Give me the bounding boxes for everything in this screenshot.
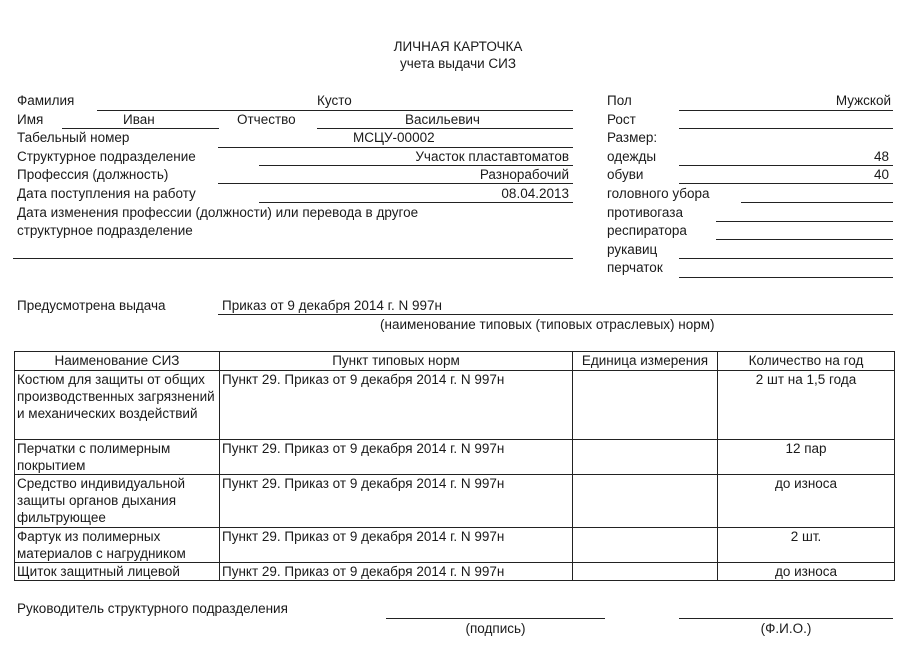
hire-date-value[interactable]: 08.04.2013 (260, 185, 569, 202)
cell-unit (573, 528, 718, 563)
headwear-size-underline (741, 202, 893, 203)
table-row: Щиток защитный лицевой Пункт 29. Приказ … (15, 563, 895, 581)
cell-qty: 2 шт на 1,5 года (718, 371, 895, 440)
profession-underline (218, 183, 573, 184)
fio-caption: (Ф.И.О.) (679, 620, 893, 637)
department-label: Структурное подразделение (17, 148, 196, 165)
sex-underline (679, 110, 893, 111)
gasmask-size-label: противогаза (607, 204, 683, 221)
column-header-norm: Пункт типовых норм (220, 352, 573, 371)
height-label: Рост (607, 111, 636, 128)
card-subtitle: учета выдачи СИЗ (0, 55, 916, 72)
height-underline (679, 128, 893, 129)
change-label-line2: структурное подразделение (17, 222, 193, 239)
signature-caption: (подпись) (386, 620, 605, 637)
cell-norm: Пункт 29. Приказ от 9 декабря 2014 г. N … (220, 475, 573, 528)
table-row: Перчатки с полимерным покрытием Пункт 29… (15, 440, 895, 475)
sex-value[interactable]: Мужской (680, 92, 891, 109)
sex-label: Пол (607, 92, 632, 109)
cell-name: Перчатки с полимерным покрытием (15, 440, 220, 475)
table-row: Средство индивидуальной защиты органов д… (15, 475, 895, 528)
size-label: Размер: (607, 129, 657, 146)
cell-unit (573, 475, 718, 528)
cell-qty: до износа (718, 475, 895, 528)
respirator-size-label: респиратора (607, 222, 687, 239)
cell-unit (573, 371, 718, 440)
department-value[interactable]: Участок пластавтоматов (260, 148, 569, 165)
surname-label: Фамилия (17, 92, 74, 109)
provision-value[interactable]: Приказ от 9 декабря 2014 г. N 997н (222, 297, 442, 314)
provision-caption: (наименование типовых (типовых отраслевы… (380, 316, 715, 333)
personnel-no-value[interactable]: МСЦУ-00002 (353, 129, 435, 146)
surname-value[interactable]: Кусто (317, 92, 352, 109)
clothing-size-value[interactable]: 48 (680, 148, 889, 165)
hire-date-label: Дата поступления на работу (17, 185, 196, 202)
name-label: Имя (17, 111, 43, 128)
table-header-row: Наименование СИЗ Пункт типовых норм Един… (15, 352, 895, 371)
card-title: ЛИЧНАЯ КАРТОЧКА (0, 38, 916, 55)
column-header-unit: Единица измерения (573, 352, 718, 371)
table-row: Фартук из полимерных материалов с нагруд… (15, 528, 895, 563)
hire-date-underline (259, 202, 573, 203)
table-row: Костюм для защиты от общих производствен… (15, 371, 895, 440)
headwear-size-label: головного убора (607, 185, 710, 202)
cell-qty: до износа (718, 563, 895, 581)
cell-name: Фартук из полимерных материалов с нагруд… (15, 528, 220, 563)
cell-norm: Пункт 29. Приказ от 9 декабря 2014 г. N … (220, 528, 573, 563)
profession-label: Профессия (должность) (17, 166, 168, 183)
gloves-size-label: перчаток (607, 259, 663, 276)
patronymic-label: Отчество (237, 111, 296, 128)
cell-name: Средство индивидуальной защиты органов д… (15, 475, 220, 528)
mittens-size-label: рукавиц (607, 241, 657, 258)
column-header-name: Наименование СИЗ (15, 352, 220, 371)
shoe-size-label: обуви (607, 166, 643, 183)
cell-norm: Пункт 29. Приказ от 9 декабря 2014 г. N … (220, 371, 573, 440)
cell-unit (573, 563, 718, 581)
cell-qty: 12 пар (718, 440, 895, 475)
cell-unit (573, 440, 718, 475)
signature-line[interactable] (386, 618, 605, 619)
ppe-table: Наименование СИЗ Пункт типовых норм Един… (14, 351, 895, 581)
profession-value[interactable]: Разнорабочий (220, 166, 569, 183)
name-value[interactable]: Иван (123, 111, 155, 128)
change-label-line1: Дата изменения профессии (должности) или… (17, 204, 418, 221)
department-head-label: Руководитель структурного подразделения (17, 600, 288, 617)
mittens-size-underline (679, 258, 893, 259)
gasmask-size-underline (716, 221, 893, 222)
shoe-size-underline (679, 183, 893, 184)
cell-name: Щиток защитный лицевой (15, 563, 220, 581)
gloves-size-underline (679, 277, 893, 278)
patronymic-value[interactable]: Васильевич (405, 111, 480, 128)
cell-norm: Пункт 29. Приказ от 9 декабря 2014 г. N … (220, 440, 573, 475)
column-header-qty: Количество на год (718, 352, 895, 371)
provision-label: Предусмотрена выдача (17, 297, 166, 314)
personnel-no-label: Табельный номер (17, 129, 129, 146)
provision-underline (218, 314, 893, 315)
cell-qty: 2 шт. (718, 528, 895, 563)
change-underline (13, 258, 573, 259)
fio-line[interactable] (679, 618, 893, 619)
shoe-size-value[interactable]: 40 (680, 166, 889, 183)
surname-underline (97, 110, 573, 111)
clothing-size-label: одежды (607, 148, 656, 165)
respirator-size-underline (716, 239, 893, 240)
cell-name: Костюм для защиты от общих производствен… (15, 371, 220, 440)
cell-norm: Пункт 29. Приказ от 9 декабря 2014 г. N … (220, 563, 573, 581)
